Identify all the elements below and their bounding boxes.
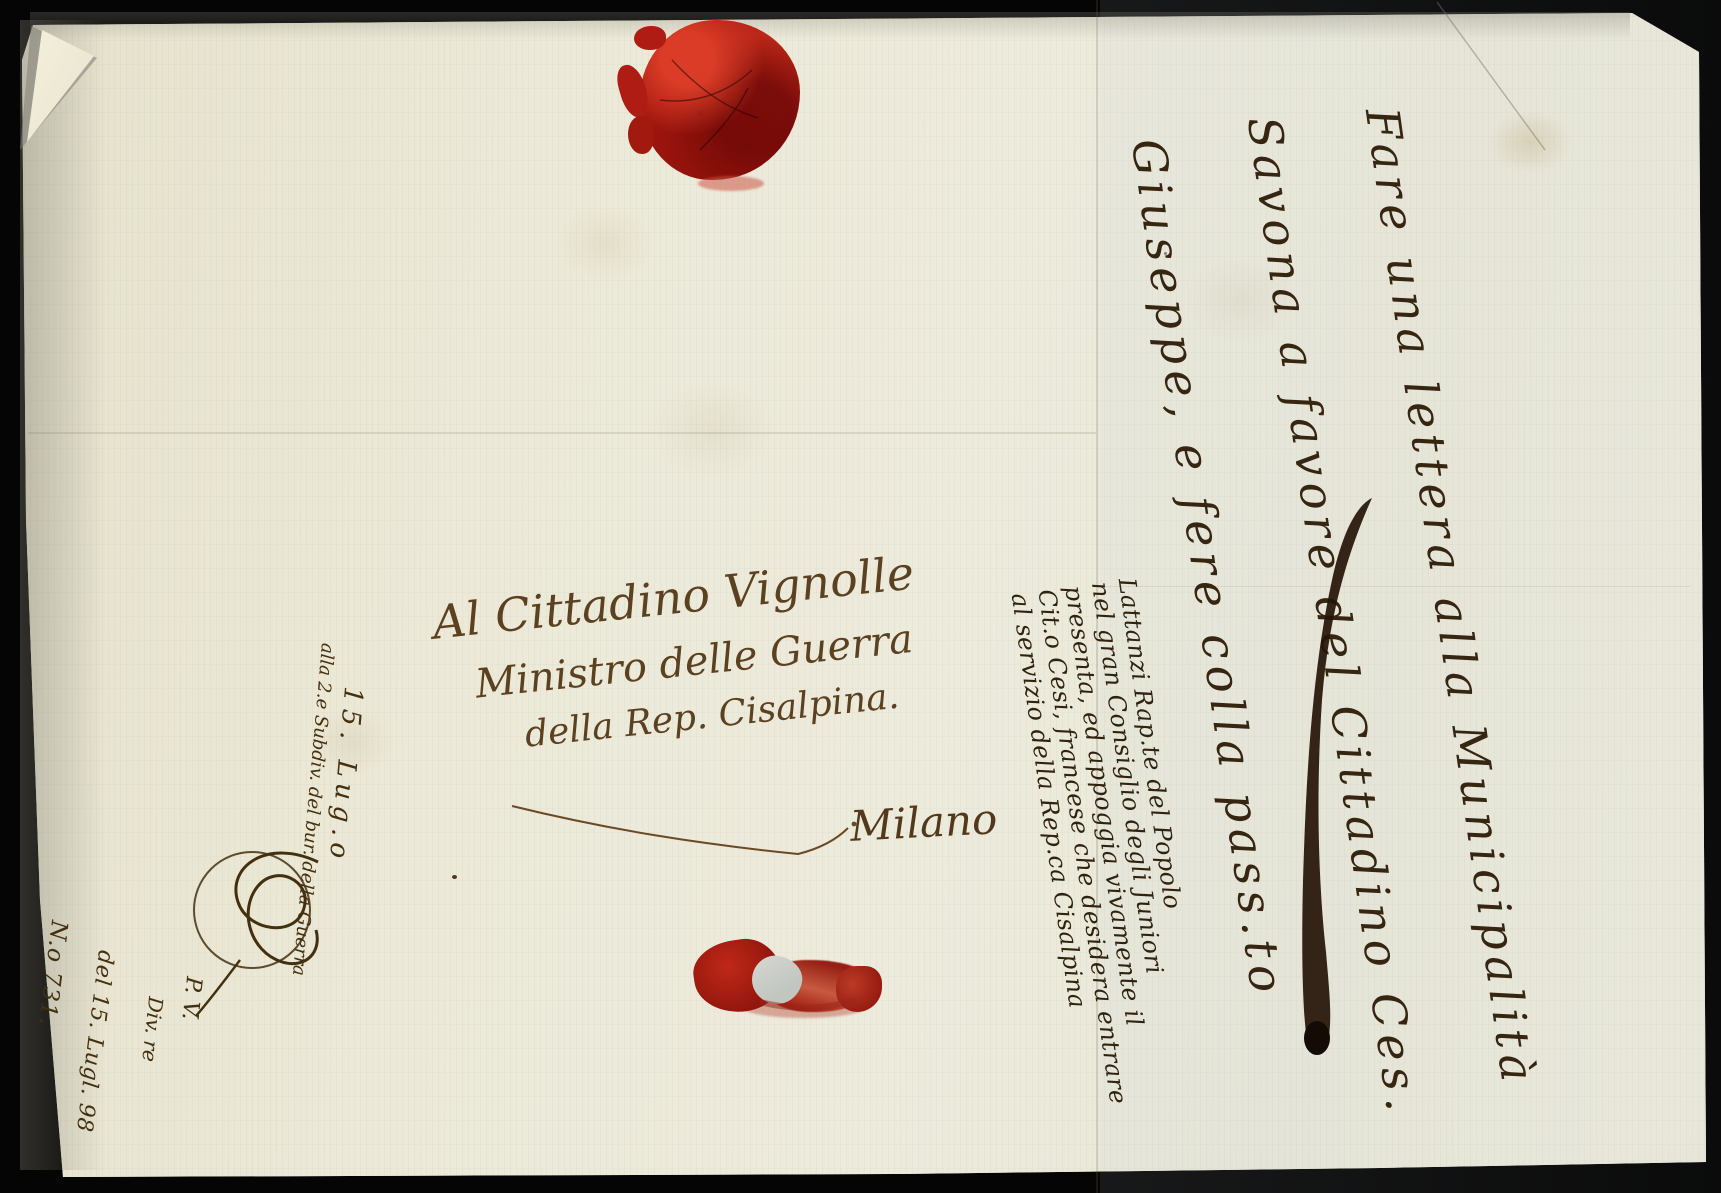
letter-scan: Fare una lettera alla Municipalità Savon… (0, 0, 1721, 1193)
initials-note: P. V. (177, 975, 206, 1021)
top-edge-shading (30, 12, 1630, 40)
wax-smudge (698, 176, 764, 191)
wax-seal-fragment (634, 26, 666, 50)
address-city: Milano (849, 794, 999, 851)
fold-crease-horizontal (28, 432, 1096, 434)
ink-speck (452, 875, 457, 879)
wax-seal-fragment (628, 116, 654, 154)
